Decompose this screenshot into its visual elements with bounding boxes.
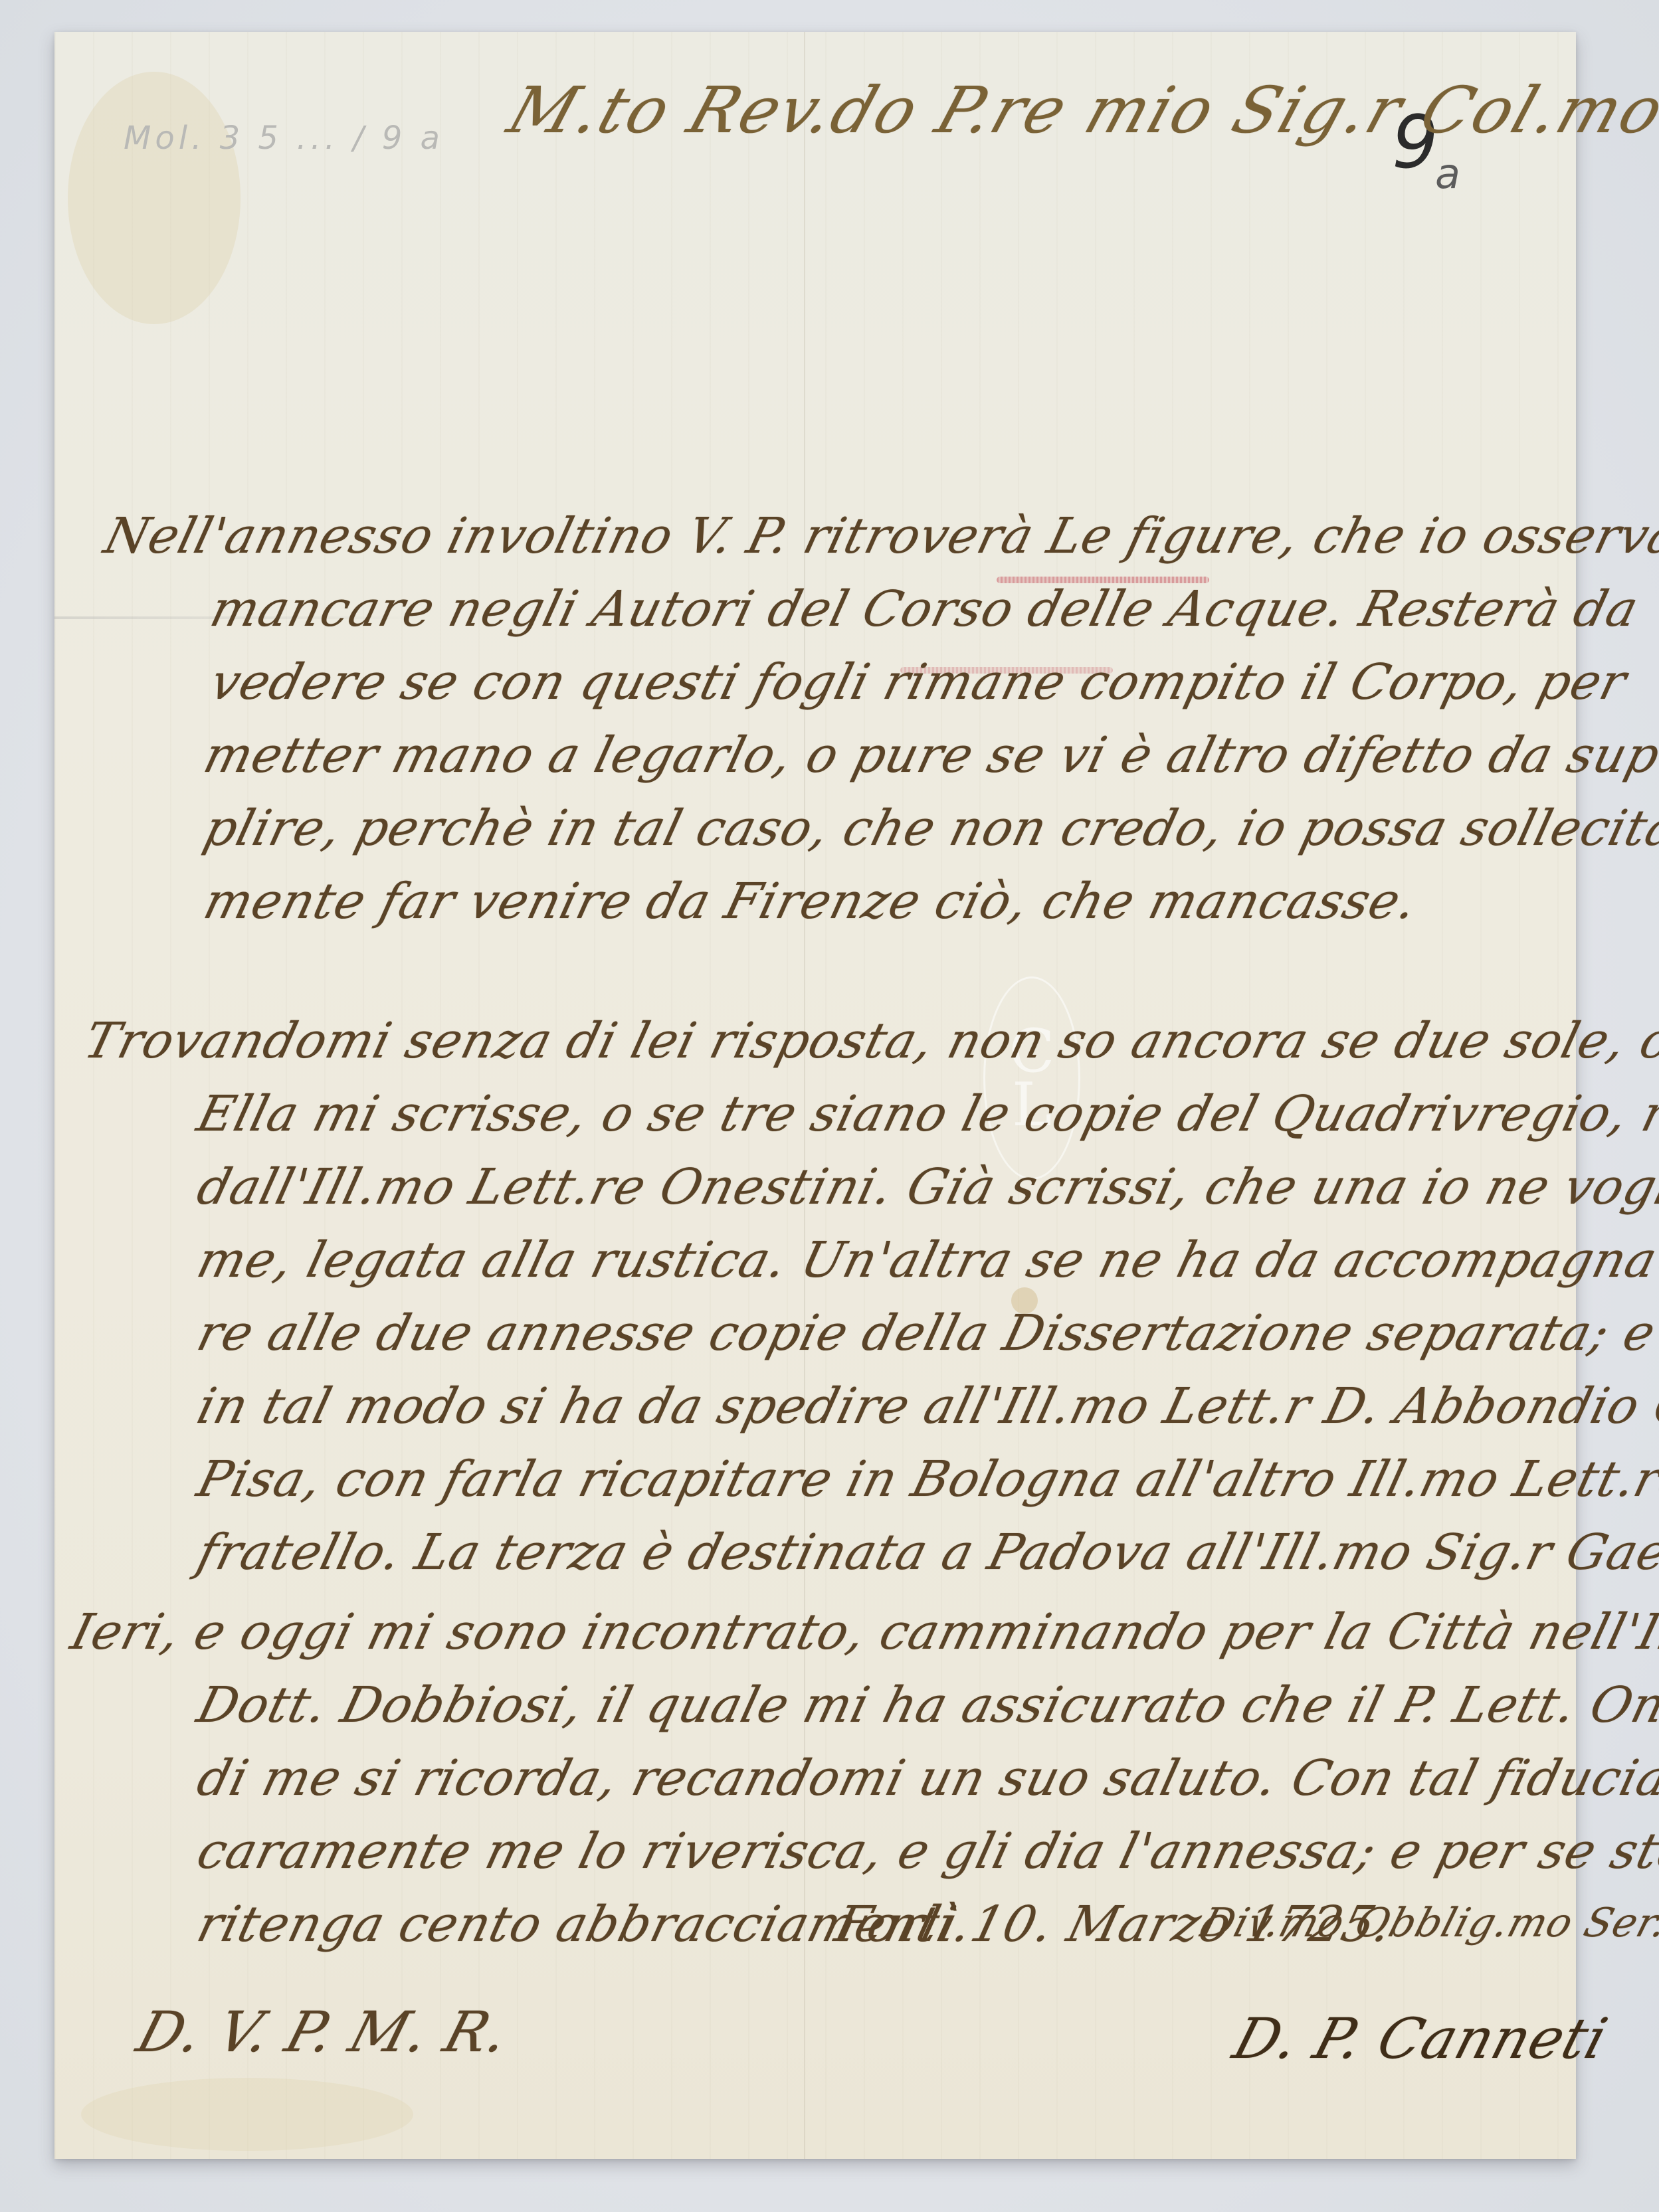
body-line: Nell'annesso involtino V. P. ritroverà L…: [100, 511, 1659, 561]
salutation-heading: M.to Rev.do P.re mio Sig.r Col.mo: [500, 73, 1659, 147]
body-line: dall'Ill.mo Lett.re Onestini. Già scriss…: [193, 1162, 1659, 1212]
body-line: fratello. La terza è destinata a Padova …: [193, 1528, 1659, 1577]
body-line: me, legata alla rustica. Un'altra se ne …: [193, 1236, 1659, 1285]
foxing-stain: [68, 72, 241, 324]
valediction: Div.mo Obblig.mo Ser.re: [1196, 1900, 1659, 1946]
body-line: mente far venire da Firenze ciò, che man…: [199, 877, 1422, 926]
archival-pencil-note: Mol. 3 5 ... / 9 a: [124, 120, 444, 157]
signature: D. P. Canneti: [1226, 2006, 1615, 2071]
foxing-stain-bottom: [81, 2078, 413, 2151]
body-line: Ieri, e oggi mi sono incontrato, cammina…: [66, 1608, 1659, 1657]
body-line: plire, perchè in tal caso, che non credo…: [199, 804, 1659, 853]
body-line: Trovandomi senza di lei risposta, non so…: [80, 1016, 1659, 1065]
body-line: metter mano a legarlo, o pure se vi è al…: [199, 731, 1659, 780]
body-line: mancare negli Autori del Corso delle Acq…: [206, 585, 1643, 634]
body-line: Dott. Dobbiosi, il quale mi ha assicurat…: [193, 1681, 1659, 1730]
body-line: caramente me lo riverisca, e gli dia l'a…: [193, 1827, 1659, 1876]
body-line: re alle due annesse copie della Disserta…: [193, 1309, 1659, 1358]
body-line: Ella mi scrisse, o se tre siano le copie…: [193, 1089, 1659, 1139]
body-line: Pisa, con farla ricapitare in Bologna al…: [193, 1455, 1659, 1504]
body-line: di me si ricorda, recandomi un suo salut…: [193, 1754, 1659, 1803]
folio-suffix: a: [1435, 149, 1460, 198]
body-line: vedere se con questi fogli rimane compit…: [206, 658, 1631, 707]
addressee-abbreviation: D. V. P. M. R.: [130, 1999, 517, 2065]
library-stamp-watermark: C L: [983, 976, 1080, 1180]
body-line: in tal modo si ha da spedire all'Ill.mo …: [193, 1382, 1659, 1431]
